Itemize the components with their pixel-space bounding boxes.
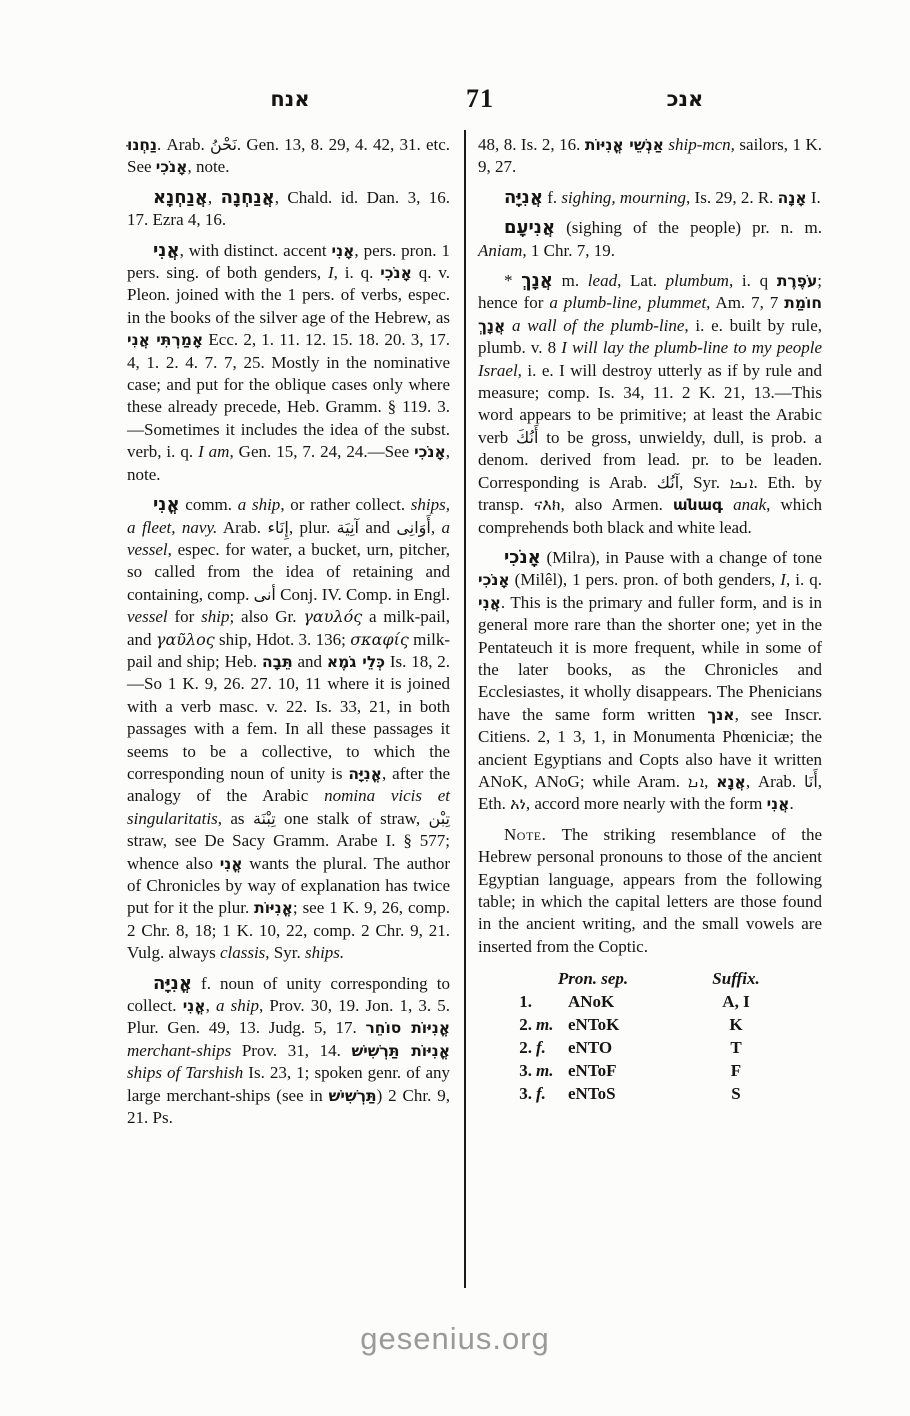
italic-text: vessel <box>127 607 168 626</box>
pronoun-gender: m. <box>536 1014 568 1036</box>
pronoun-form: ANoK <box>568 991 686 1013</box>
pronoun-gender: f. <box>536 1037 568 1059</box>
text-run <box>723 495 733 514</box>
text-run: and <box>293 652 327 671</box>
paragraph: נַחְנוּ. Arab. نَحْنُ. Gen. 13, 8. 29, 4… <box>127 134 450 179</box>
hebrew-text: תֵּבָה <box>262 653 293 671</box>
hebrew-headword: אֲנָךְ <box>521 270 553 291</box>
arabic-text: آنُك <box>657 473 679 492</box>
page-number: 71 <box>430 84 530 114</box>
text-run: , as <box>218 809 253 828</box>
hebrew-text: אֳנִי <box>220 855 243 873</box>
italic-text: a ship <box>216 996 259 1015</box>
italic-text: merchant-ships <box>127 1041 231 1060</box>
text-run: Arab. <box>217 518 267 537</box>
pronoun-form: eNToS <box>568 1083 686 1105</box>
hebrew-text: תַּרְשִׁישׁ <box>329 1087 377 1105</box>
text-run: , <box>206 996 216 1015</box>
text-run: f. <box>543 188 561 207</box>
hebrew-headword: אֳנִי <box>153 494 180 515</box>
hebrew-text: אָנִי <box>332 242 355 260</box>
text-run: , i. q. <box>334 263 381 282</box>
ethiopic-text: ናእክ <box>534 495 561 514</box>
hebrew-text: אֳנִיּוֹת סוֹחֵר <box>365 1019 450 1037</box>
suffix-value: S <box>686 1083 786 1105</box>
text-run: ; also Gr. <box>229 607 303 626</box>
text-run: . <box>789 794 793 813</box>
hebrew-headword: אֲנִיעָם <box>504 217 555 238</box>
pronoun-table: Pron. sep.Suffix.1.ANoKA, I2.m.eNToKK2.f… <box>500 968 800 1105</box>
greek-text: γαυλός <box>303 607 362 626</box>
suffix-value: K <box>686 1014 786 1036</box>
italic-text: a wall of the plumb-line <box>512 316 684 335</box>
hebrew-text: נַחְנוּ <box>127 136 157 154</box>
text-run: , accord more nearly with the form <box>526 794 767 813</box>
text-run: for <box>168 607 202 626</box>
italic-text: a plumb-line, plummet <box>549 293 706 312</box>
text-run: , Arab. <box>746 772 804 791</box>
hebrew-text: אֲנָא <box>716 773 746 791</box>
hebrew-headword: אֲנִיָּה <box>504 187 543 208</box>
hebrew-text: כְּלֵי גֹמֶא <box>327 653 385 671</box>
arabic-text: أَنُكَ <box>516 428 538 447</box>
text-run: 48, 8. Is. 2, 16. <box>478 135 585 154</box>
paragraph: * אֲנָךְ m. lead, Lat. plumbum, i. q עֹפ… <box>478 270 822 539</box>
hebrew-text: אָנֹכִי <box>414 443 446 461</box>
pronoun-form: eNToK <box>568 1014 686 1036</box>
header-keyword-left: אנח <box>238 84 342 114</box>
text-run: , Syr. <box>679 473 730 492</box>
text-run: (sighing of the people) pr. n. m. <box>555 218 822 237</box>
hebrew-text: אָנָה <box>778 189 807 207</box>
hebrew-text: אֳנִיָּה <box>348 765 382 783</box>
hebrew-headword: אֲנַחְנָה <box>221 187 275 208</box>
header-keyword-right: אנכ <box>633 84 737 114</box>
text-run: I. <box>807 188 821 207</box>
text-run: , or rather collect. <box>280 495 410 514</box>
suffix-value: A, I <box>686 991 786 1013</box>
page: אנח 71 אנכ נַחְנוּ. Arab. نَحْنُ. Gen. 1… <box>0 0 910 1416</box>
text-run: , Lat. <box>617 271 666 290</box>
hebrew-text: אַנְשֵׁי אֳנִיּוֹת <box>585 136 664 154</box>
text-run: (Milêl), 1 pers. pron. of both genders, <box>510 570 781 589</box>
italic-text: ships. <box>305 943 344 962</box>
text-run: , i. q <box>729 271 777 290</box>
paragraph: אֳנִיָּה f. noun of unity corresponding … <box>127 973 450 1130</box>
text-run: comm. <box>180 495 238 514</box>
hebrew-text: אֳנִיּוֹת <box>254 899 293 917</box>
pronoun-number: 3. <box>500 1083 536 1105</box>
pronoun-gender: f. <box>536 1083 568 1105</box>
text-run: , Syr. <box>265 943 305 962</box>
paragraph: אֳנִי comm. a ship, or rather collect. s… <box>127 494 450 965</box>
paragraph: 48, 8. Is. 2, 16. אַנְשֵׁי אֳנִיּוֹת shi… <box>478 134 822 179</box>
hebrew-text: אָנֹכִי <box>478 571 510 589</box>
hebrew-text: אנך <box>707 706 734 724</box>
text-run: , also Armen. <box>561 495 673 514</box>
pronoun-number: 3. <box>500 1060 536 1082</box>
hebrew-text: אָמַרְתִּי אֲנִי <box>127 331 203 349</box>
text-run: , note. <box>187 157 229 176</box>
column-divider <box>464 130 466 1288</box>
pronoun-number: 2. <box>500 1014 536 1036</box>
text-run: , plur. <box>289 518 337 537</box>
text-run: ship, Hdot. 3. 136; <box>215 630 350 649</box>
syriac-text: ܐܢܟܐ <box>730 474 754 492</box>
text-run: The striking resemblance of the Hebrew p… <box>478 825 822 956</box>
arabic-text: تِبْنَة <box>253 809 276 828</box>
greek-text: σκαφίς <box>350 630 409 649</box>
pronoun-gender: m. <box>536 1060 568 1082</box>
syriac-text: ܐܢܐ <box>688 773 704 791</box>
paragraph: אֲנִיָּה f. sighing, mourning, Is. 29, 2… <box>478 187 822 209</box>
hebrew-text: אֳנִיּוֹת תַּרְשִׁישׁ <box>351 1042 450 1060</box>
hebrew-headword: אֳנִיָּה <box>153 973 192 994</box>
text-run: one stalk of straw, <box>276 809 429 828</box>
paragraph: Note. The striking resemblance of the He… <box>478 824 822 958</box>
italic-text: sighing, mourning <box>561 188 686 207</box>
text-run: , Is. 29, 2. R. <box>686 188 778 207</box>
hebrew-text: אָנֹכִי <box>380 264 412 282</box>
arabic-text: أنى <box>254 585 276 604</box>
pronoun-number: 2. <box>500 1037 536 1059</box>
paragraph: אֲנַחְנָא, אֲנַחְנָה, Chald. id. Dan. 3,… <box>127 187 450 232</box>
italic-text: plumbum <box>666 271 729 290</box>
paragraph: אֲנִיעָם (sighing of the people) pr. n. … <box>478 217 822 262</box>
pronoun-number: 1. <box>500 991 536 1013</box>
text-run: (Milra), in Pause with a change of tone <box>541 548 822 567</box>
right-column: 48, 8. Is. 2, 16. אַנְשֵׁי אֳנִיּוֹת shi… <box>478 134 822 1105</box>
hebrew-headword: אָנֹכִי <box>504 547 541 568</box>
text-run: , Gen. 15, 7. 24, 24.—See <box>229 442 414 461</box>
arabic-text: أَنَا <box>804 772 818 791</box>
hebrew-text: אֲנִי <box>478 594 501 612</box>
italic-text: ship <box>201 607 229 626</box>
text-run: , i. q. <box>786 570 822 589</box>
arabic-text: أَوَانِى <box>396 518 430 537</box>
arabic-text: آنِيَة <box>337 518 359 537</box>
pronoun-gender <box>536 991 568 1013</box>
hebrew-text: אֳנִי <box>183 997 206 1015</box>
text-run: , Am. 7, 7 <box>706 293 784 312</box>
table-header-pron-sep: Pron. sep. <box>500 968 686 990</box>
watermark: gesenius.org <box>0 1322 910 1356</box>
text-run: m. <box>553 271 588 290</box>
text-run: , <box>431 518 442 537</box>
note-label: Note. <box>504 825 546 844</box>
text-run: , with distinct. accent <box>180 241 332 260</box>
italic-text: classis <box>220 943 265 962</box>
hebrew-text: אֲנִי <box>767 795 790 813</box>
text-run: * <box>504 271 521 290</box>
pronoun-form: eNTO <box>568 1037 686 1059</box>
text-run: , 1 Chr. 7, 19. <box>522 241 615 260</box>
italic-text: ships of Tarshish <box>127 1063 243 1082</box>
hebrew-headword: אֲנִי <box>153 240 180 261</box>
italic-text: ship-mcn, <box>668 135 735 154</box>
arabic-text: إِنَاء <box>268 518 289 537</box>
italic-text: a ship <box>238 495 281 514</box>
suffix-value: F <box>686 1060 786 1082</box>
italic-text: anak <box>733 495 766 514</box>
running-header: אנח 71 אנכ <box>0 84 910 120</box>
paragraph: אָנֹכִי (Milra), in Pause with a change … <box>478 547 822 816</box>
text-run <box>505 316 512 335</box>
text-run: and <box>359 518 396 537</box>
ethiopic-text: አነ <box>510 794 526 813</box>
paragraph: אֲנִי, with distinct. accent אָנִי, pers… <box>127 240 450 486</box>
hebrew-headword: אֲנַחְנָא <box>153 187 208 208</box>
left-column: נַחְנוּ. Arab. نَحْنُ. Gen. 13, 8. 29, 4… <box>127 134 450 1129</box>
text-run: Prov. 31, 14. <box>231 1041 351 1060</box>
text-run: Conj. IV. Comp. in Engl. <box>276 585 450 604</box>
suffix-value: T <box>686 1037 786 1059</box>
pronoun-form: eNToF <box>568 1060 686 1082</box>
italic-text: Aniam <box>478 241 522 260</box>
arabic-text: تِبْن <box>429 809 450 828</box>
arabic-text: نَحْنُ <box>210 135 237 154</box>
table-header-suffix: Suffix. <box>686 968 786 990</box>
hebrew-text: אָנֹכִי <box>156 158 188 176</box>
armenian-text: անագ <box>673 496 723 514</box>
text-run: , <box>704 772 716 791</box>
hebrew-text: עֹפֶרֶת <box>777 272 817 290</box>
text-run: . Arab. <box>157 135 210 154</box>
greek-text: γαῦλος <box>156 630 215 649</box>
text-run: , <box>208 188 221 207</box>
italic-text: I am <box>198 442 229 461</box>
italic-text: lead <box>588 271 617 290</box>
